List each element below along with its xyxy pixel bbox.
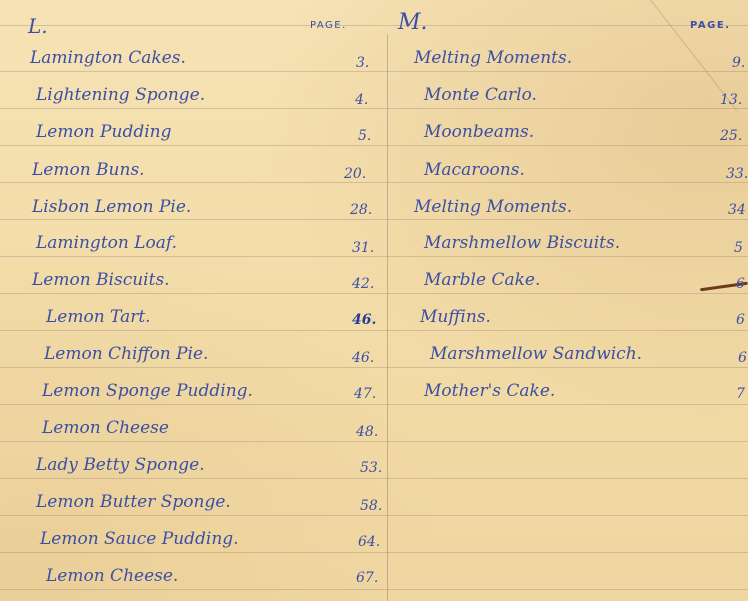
index-entry: Macaroons. — [424, 150, 525, 180]
recipe-name: Lamington Loaf. — [36, 233, 177, 253]
recipe-name: Lisbon Lemon Pie. — [32, 197, 191, 217]
recipe-name: Melting Moments. — [414, 48, 572, 68]
recipe-name: Lemon Sponge Pudding. — [42, 381, 253, 401]
page-number: 67. — [356, 570, 378, 586]
recipe-name: Lemon Tart. — [46, 307, 151, 327]
recipe-name: Marshmellow Biscuits. — [424, 233, 620, 253]
index-entry: Monte Carlo. — [424, 75, 537, 105]
index-entry: Lemon Cheese. — [46, 556, 178, 586]
index-entry: Moonbeams. — [424, 112, 534, 142]
index-entry: Lightening Sponge. — [36, 75, 205, 105]
recipe-name: Lemon Cheese — [42, 418, 169, 438]
recipe-name: Marble Cake. — [424, 270, 540, 290]
page-number: 33. — [726, 166, 748, 182]
page-number: 48. — [356, 424, 378, 440]
index-entry: Lemon Butter Sponge. — [36, 482, 231, 512]
page-number: 20. — [344, 166, 366, 182]
index-entry: Lady Betty Sponge. — [36, 445, 205, 475]
recipe-name: Lemon Sauce Pudding. — [40, 529, 239, 549]
index-entry: Lisbon Lemon Pie. — [32, 187, 191, 217]
index-entry: Melting Moments. — [414, 38, 572, 68]
page-number: 5 — [734, 240, 743, 256]
page-number: 34 — [728, 202, 746, 218]
page-number: 13. — [720, 92, 742, 108]
recipe-index-page: L. PAGE. M. PAGE. Lamington Cakes. 3. Li… — [0, 0, 748, 601]
page-number: 7 — [736, 386, 745, 402]
index-entry: Lemon Tart. — [46, 297, 151, 327]
page-number: 6 — [736, 276, 745, 292]
index-entry: Marshmellow Sandwich. — [430, 334, 642, 364]
recipe-name: Lemon Buns. — [32, 160, 145, 180]
recipe-name: Mother's Cake. — [424, 381, 555, 401]
page-number: 53. — [360, 460, 382, 476]
recipe-name: Lady Betty Sponge. — [36, 455, 205, 475]
page-number: 6 — [738, 350, 747, 366]
recipe-name: Lamington Cakes. — [30, 48, 186, 68]
recipe-name: Macaroons. — [424, 160, 525, 180]
page-number: 47. — [354, 386, 376, 402]
recipe-name: Lightening Sponge. — [36, 85, 205, 105]
index-entry: Lemon Sponge Pudding. — [42, 371, 253, 401]
page-number: 28. — [350, 202, 372, 218]
page-number: 25. — [720, 128, 742, 144]
index-entry: Lamington Cakes. — [30, 38, 186, 68]
page-number: 4. — [355, 92, 368, 108]
recipe-name: Marshmellow Sandwich. — [430, 344, 642, 364]
page-number: 9. — [732, 55, 745, 71]
page-number: 46. — [352, 350, 374, 366]
index-entry: Lemon Sauce Pudding. — [40, 519, 239, 549]
index-entry: Lemon Cheese — [42, 408, 169, 438]
page-number: 5. — [358, 128, 371, 144]
page-number: 46. — [352, 312, 376, 328]
recipe-name: Lemon Pudding — [36, 122, 171, 142]
page-number: 31. — [352, 240, 374, 256]
page-number: 42. — [352, 276, 374, 292]
left-page-header: PAGE. — [310, 20, 347, 31]
recipe-name: Lemon Butter Sponge. — [36, 492, 231, 512]
index-entry: Lemon Pudding — [36, 112, 171, 142]
index-entry: Lemon Buns. — [32, 150, 145, 180]
recipe-name: Melting Moments. — [414, 197, 572, 217]
recipe-name: Lemon Cheese. — [46, 566, 178, 586]
right-column-letter: M. — [398, 10, 428, 35]
recipe-name: Moonbeams. — [424, 122, 534, 142]
index-entry: Lamington Loaf. — [36, 223, 177, 253]
recipe-name: Lemon Biscuits. — [32, 270, 170, 290]
index-entry: Mother's Cake. — [424, 371, 555, 401]
right-page-header: PAGE. — [690, 20, 731, 31]
page-number: 3. — [356, 55, 369, 71]
recipe-name: Monte Carlo. — [424, 85, 537, 105]
page-number: 64. — [358, 534, 380, 550]
recipe-name: Muffins. — [420, 307, 491, 327]
recipe-name: Lemon Chiffon Pie. — [44, 344, 208, 364]
left-column-letter: L. — [28, 14, 48, 38]
page-number: 6 — [736, 312, 745, 328]
index-entry: Marshmellow Biscuits. — [424, 223, 620, 253]
page-number: 58. — [360, 498, 382, 514]
index-entry: Melting Moments. — [414, 187, 572, 217]
index-entry: Marble Cake. — [424, 260, 540, 290]
column-divider — [387, 34, 388, 601]
index-entry: Lemon Chiffon Pie. — [44, 334, 208, 364]
index-entry: Muffins. — [420, 297, 491, 327]
index-entry: Lemon Biscuits. — [32, 260, 170, 290]
